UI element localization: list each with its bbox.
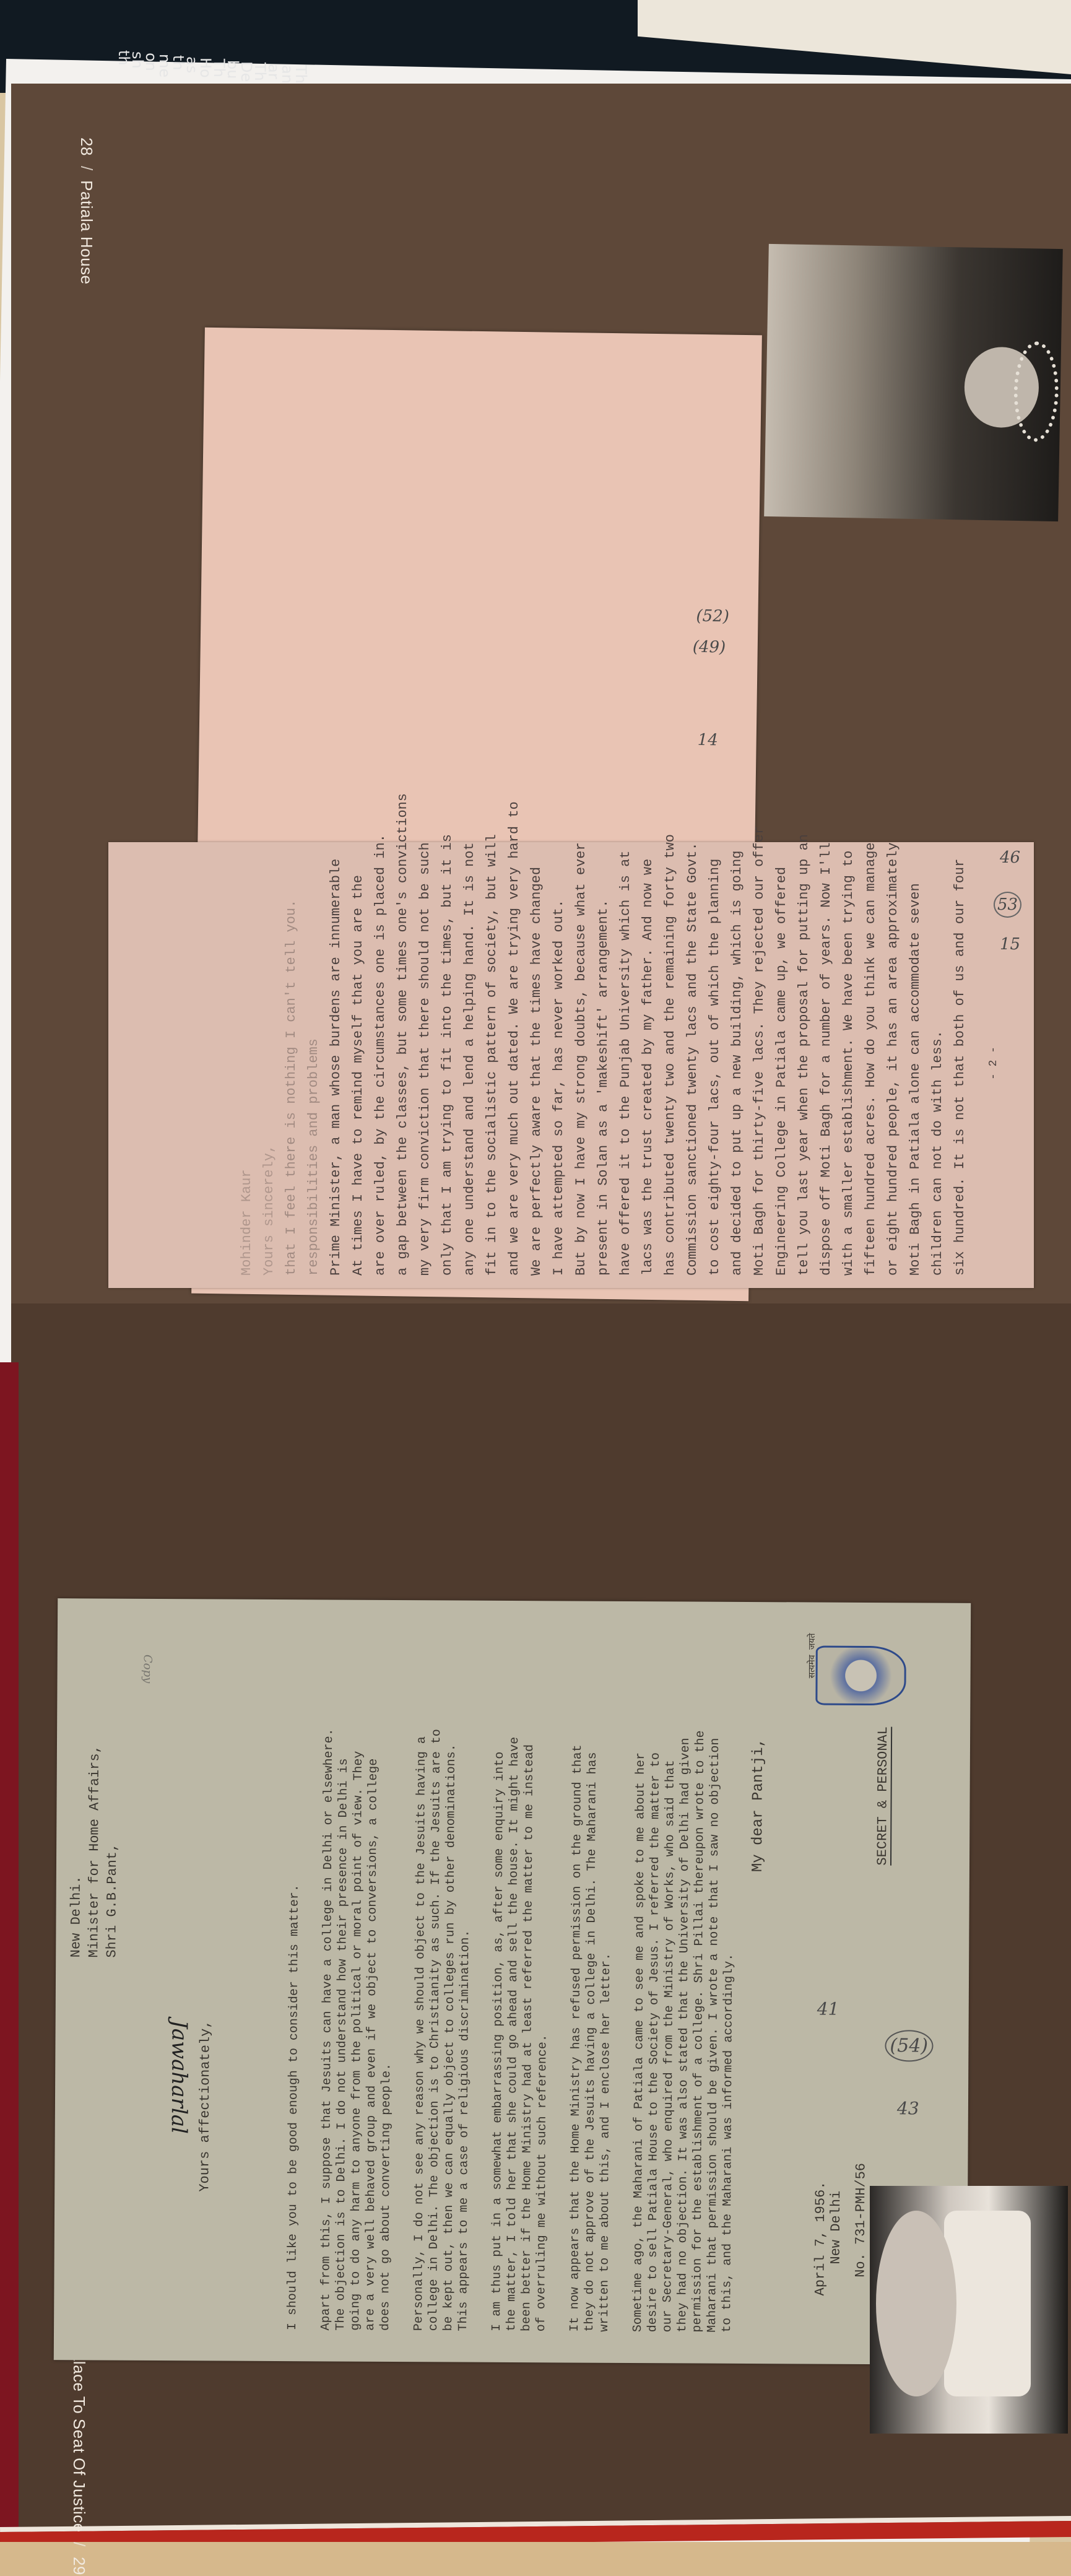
- left-page-running-head: 28 / Patiala House: [77, 137, 96, 285]
- letter-closing: Yours sincerely,: [261, 855, 278, 1276]
- letter-paragraph: It now appears that the Home Ministry ha…: [568, 1725, 615, 2331]
- letter-line: responsibilities and problems: [305, 855, 323, 1276]
- page-number: 28: [77, 137, 96, 156]
- letter-line: At times I have to remind myself that yo…: [350, 855, 367, 1276]
- separator: /: [70, 2537, 89, 2552]
- reference-number: No. 731-PMH/56: [853, 2163, 869, 2278]
- letter-signature: Mohinder Kaur: [238, 855, 256, 1276]
- copy-note: Copy: [141, 1655, 154, 1683]
- maharani-portrait-photo: [764, 244, 1063, 521]
- margin-note: 43: [897, 2098, 919, 2118]
- letter-line: fit in to the socialistic pattern of soc…: [483, 855, 501, 1276]
- page-marker: - 2 -: [987, 1046, 1000, 1080]
- letter-line: present in Solan as a 'makeshift' arrang…: [595, 855, 612, 1276]
- letter-line: We are perfectly aware that the times ha…: [528, 855, 545, 1276]
- letter-paragraph: Personally, I do not see any reason why …: [412, 1724, 474, 2331]
- letter-line: lacs was the trust created by my father.…: [640, 855, 657, 1276]
- letter-line: Commission sanctioned twenty lacs and th…: [684, 855, 701, 1276]
- letter-line: dispose off Moti Bagh for a number of ye…: [818, 855, 835, 1276]
- table-surface: [0, 2542, 1071, 2576]
- letter-line: Moti Bagh for thirty-five lacs. They rej…: [751, 855, 768, 1276]
- margin-note: 41: [817, 1999, 839, 2019]
- letter-paragraph: I am thus put in a somewhat embarrassing…: [490, 1725, 552, 2331]
- page-number: 29: [70, 2557, 89, 2575]
- letter-line: Engineering College in Patiala came up, …: [773, 855, 791, 1276]
- letter-line: fifteen hundred acres. How do you think …: [862, 855, 880, 1276]
- letter-line: a gap between the classes, but some time…: [394, 855, 412, 1276]
- letter-line: with a smaller establishment. We have be…: [840, 855, 857, 1276]
- letter-body: six hundred. It is not that both of us a…: [145, 855, 969, 1276]
- portrait-cap: [944, 2211, 1031, 2396]
- addressee-line: Minister for Home Affairs,: [86, 1710, 103, 1957]
- addressee-line: New Delhi.: [68, 1710, 85, 1957]
- letter-line: and we are very much out dated. We are t…: [506, 855, 523, 1276]
- letter-closing: Yours affectionately,: [197, 2020, 213, 2191]
- portrait-face: [876, 2211, 956, 2396]
- margin-note: (54): [885, 2030, 933, 2061]
- letter-line: Moti Bagh in Patiala alone can accommoda…: [907, 855, 924, 1276]
- book-cover-edge: [0, 1362, 19, 2576]
- letter-line: any one understand and lend a helping ha…: [461, 855, 479, 1276]
- addressee-line: Shri G.B.Pant,: [104, 1710, 121, 1958]
- margin-note: 53: [994, 892, 1021, 918]
- letter-salutation: My dear Pantji,: [750, 1738, 767, 1872]
- bleed-text-block: Th an ar Th De bu Th Ho as th me on sh t…: [118, 59, 310, 127]
- classification-label: SECRET & PERSONAL: [875, 1726, 892, 1866]
- letter-paragraph: I should like you to be good enough to c…: [285, 1723, 303, 2330]
- fragment: th: [115, 50, 132, 66]
- letter-line: or eight hundred people, it has an area …: [885, 855, 902, 1276]
- letter-line: my very firm conviction that there shoul…: [417, 855, 434, 1276]
- letter-line: But by now I have my strong doubts, beca…: [573, 855, 590, 1276]
- letter-line: children can not do with less.: [929, 855, 947, 1276]
- right-page-running-head: Palace To Seat Of Justice / 29: [69, 2341, 89, 2575]
- separator: /: [77, 161, 96, 176]
- letter-paragraph: Sometime ago, the Maharani of Patiala ca…: [631, 1725, 738, 2333]
- letter-body: Sometime ago, the Maharani of Patiala ca…: [240, 1723, 738, 2333]
- letter-line: and decided to put up a new building, wh…: [729, 855, 746, 1276]
- letter-line: that I feel there is nothing I can't tel…: [283, 855, 300, 1276]
- letter-line: I have attempted so far, has never worke…: [550, 855, 568, 1276]
- state-emblem-icon: [815, 1646, 906, 1706]
- maharani-letter-page-2: 46 53 15 - 2 - six hundred. It is not th…: [108, 842, 1034, 1288]
- letter-line: Prime Minister, a man whose burdens are …: [327, 855, 345, 1276]
- margin-note: 46: [1000, 848, 1020, 867]
- letter-line: only that I am trying to fit into the ti…: [439, 855, 456, 1276]
- emblem-caption: सत्यमेव जयते: [807, 1633, 818, 1678]
- letter-line: to cost eighty-four lacs, out of which t…: [706, 855, 724, 1276]
- nehru-portrait-photo: [870, 2186, 1068, 2434]
- section-title: Patiala House: [77, 180, 96, 284]
- letter-line: have offered it to the Punjab University…: [617, 855, 635, 1276]
- section-title: Palace To Seat Of Justice: [70, 2341, 89, 2533]
- letter-addressee: Shri G.B.Pant, Minister for Home Affairs…: [68, 1710, 121, 1957]
- margin-note: 15: [1000, 935, 1020, 954]
- nehru-letter: सत्यमेव जयते SECRET & PERSONAL No. 731-P…: [54, 1598, 971, 2365]
- letter-line: has contributed twenty two and the remai…: [662, 855, 679, 1276]
- letter-line: are over ruled, by the circumstances one…: [372, 855, 389, 1276]
- letter-date: April 7, 1956.: [812, 2182, 828, 2296]
- letter-line: six hundred. It is not that both of us a…: [952, 855, 969, 1276]
- letter-paragraph: Apart from this, I suppose that Jesuits …: [319, 1723, 396, 2331]
- letter-line: tell you last year when the proposal for…: [796, 855, 813, 1276]
- letter-place: New Delhi: [828, 2191, 844, 2265]
- letter-signature: Jawaharlal: [167, 2020, 192, 2134]
